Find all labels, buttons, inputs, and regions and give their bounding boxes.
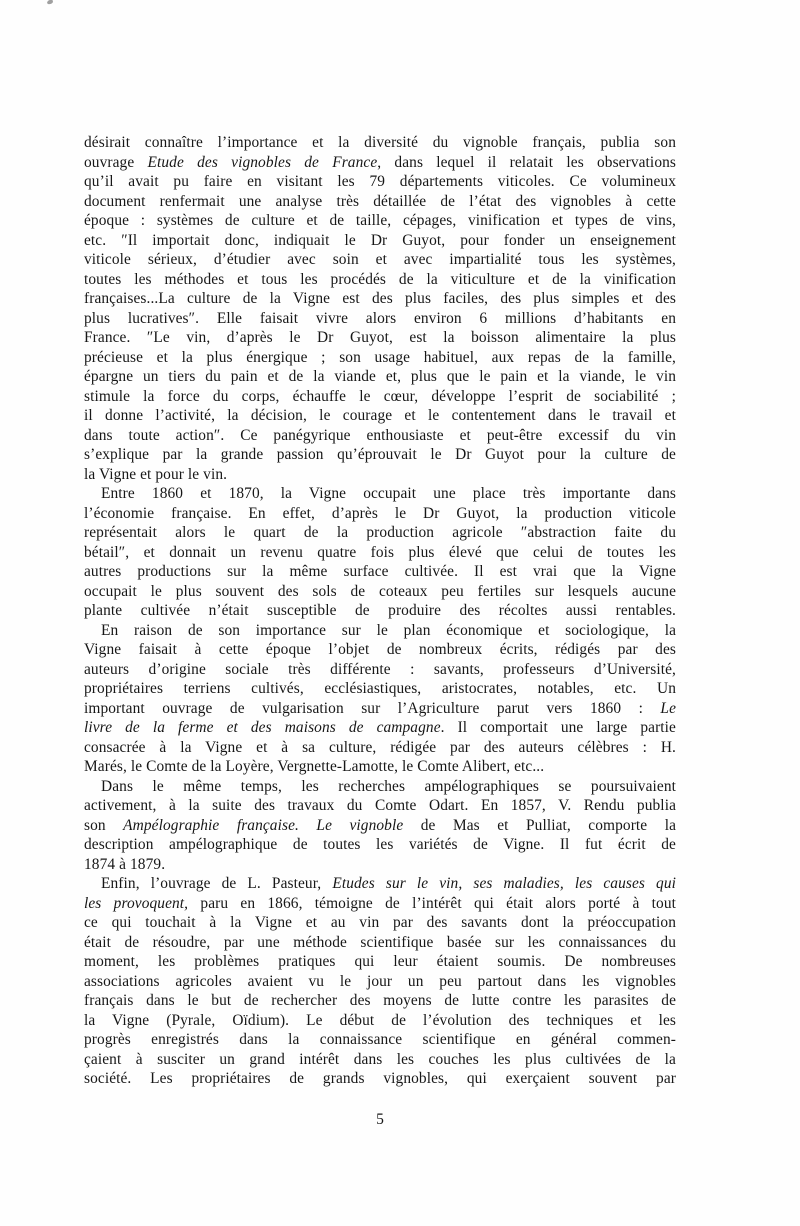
- text-line: associations agricoles avaient vu le jou…: [84, 972, 676, 992]
- text-line: françaises...La culture de la Vigne est …: [84, 289, 676, 309]
- text-segment: ouvrage: [84, 154, 148, 171]
- text-segment: En raison de son importance sur le plan …: [101, 622, 676, 639]
- text-segment: de Mas et Pulliat, comporte la: [403, 817, 676, 834]
- text-segment: il donne l’activité, la décision, le cou…: [84, 407, 676, 424]
- text-line: les provoquent, paru en 1866, témoigne d…: [84, 894, 676, 914]
- text-line: stimule la force du corps, échauffe le c…: [84, 387, 676, 407]
- text-line: l’économie française. En effet, d’après …: [84, 504, 676, 524]
- italic-text-segment: Etude des vignobles de France: [148, 154, 378, 171]
- text-segment: françaises...La culture de la Vigne est …: [84, 290, 676, 307]
- text-line: livre de la ferme et des maisons de camp…: [84, 718, 676, 738]
- text-line: dans toute action″. Ce panégyrique entho…: [84, 426, 676, 446]
- text-line: propriétaires terriens cultivés, ecclési…: [84, 679, 676, 699]
- text-line: important ouvrage de vulgarisation sur l…: [84, 699, 676, 719]
- text-segment: activement, à la suite des travaux du Co…: [84, 797, 676, 814]
- text-segment: son: [84, 817, 123, 834]
- text-segment: 1874 à 1879.: [84, 856, 165, 873]
- text-segment: toutes les méthodes et tous les procédés…: [84, 271, 676, 288]
- text-line: la Vigne et pour le vin.: [84, 465, 676, 485]
- text-segment: dans toute action″. Ce panégyrique entho…: [84, 427, 676, 444]
- text-line: France. ″Le vin, d’après le Dr Guyot, es…: [84, 328, 676, 348]
- text-line: société. Les propriétaires de grands vig…: [84, 1069, 676, 1089]
- text-line: bétail″, et donnait un revenu quatre foi…: [84, 543, 676, 563]
- text-line: çaient à susciter un grand intérêt dans …: [84, 1050, 676, 1070]
- text-line: la Vigne (Pyrale, Oïdium). Le début de l…: [84, 1011, 676, 1031]
- text-segment: autres productions sur la même surface c…: [84, 563, 676, 580]
- text-segment: Enfin, l’ouvrage de L. Pasteur,: [101, 875, 332, 892]
- text-line: document renfermait une analyse très dét…: [84, 192, 676, 212]
- text-segment: plus lucratives″. Elle faisait vivre alo…: [84, 310, 676, 327]
- text-line: plus lucratives″. Elle faisait vivre alo…: [84, 309, 676, 329]
- text-segment: auteurs d’origine sociale très différent…: [84, 661, 676, 678]
- text-segment: la Vigne et pour le vin.: [84, 466, 227, 483]
- text-segment: plante cultivée n’était susceptible de p…: [84, 602, 676, 619]
- text-line: etc. ″Il importait donc, indiquait le Dr…: [84, 231, 676, 251]
- text-segment: occupait le plus souvent des sols de cot…: [84, 583, 676, 600]
- text-line: Entre 1860 et 1870, la Vigne occupait un…: [84, 484, 676, 504]
- text-line: activement, à la suite des travaux du Co…: [84, 796, 676, 816]
- text-line: représentait alors le quart de la produc…: [84, 523, 676, 543]
- text-segment: époque : systèmes de culture et de taill…: [84, 212, 676, 229]
- text-segment: progrès enregistrés dans la connaissance…: [84, 1031, 676, 1048]
- scanned-book-page: désirait connaître l’importance et la di…: [0, 0, 800, 1226]
- text-segment: désirait connaître l’importance et la di…: [84, 134, 676, 151]
- text-line: français dans le but de rechercher des m…: [84, 991, 676, 1011]
- text-line: Enfin, l’ouvrage de L. Pasteur, Etudes s…: [84, 874, 676, 894]
- text-line: s’explique par la grande passion qu’épro…: [84, 445, 676, 465]
- text-line: autres productions sur la même surface c…: [84, 562, 676, 582]
- text-line: Marés, le Comte de la Loyère, Vergnette-…: [84, 757, 676, 777]
- text-segment: s’explique par la grande passion qu’épro…: [84, 446, 676, 463]
- text-line: il donne l’activité, la décision, le cou…: [84, 406, 676, 426]
- text-segment: Entre 1860 et 1870, la Vigne occupait un…: [101, 485, 676, 502]
- text-segment: . Il comportait une large partie: [441, 719, 676, 736]
- text-segment: France. ″Le vin, d’après le Dr Guyot, es…: [84, 329, 676, 346]
- text-line: 1874 à 1879.: [84, 855, 676, 875]
- text-segment: était de résoudre, par une méthode scien…: [84, 934, 676, 951]
- text-segment: propriétaires terriens cultivés, ecclési…: [84, 680, 676, 697]
- text-line: ce qui touchait à la Vigne et au vin par…: [84, 913, 676, 933]
- text-line: ouvrage Etude des vignobles de France, d…: [84, 153, 676, 173]
- text-segment: société. Les propriétaires de grands vig…: [84, 1070, 676, 1087]
- text-line: En raison de son importance sur le plan …: [84, 621, 676, 641]
- text-line: son Ampélographie française. Le vignoble…: [84, 816, 676, 836]
- scan-artifact-mark: [47, 0, 54, 5]
- text-line: description ampélographique de toutes le…: [84, 835, 676, 855]
- text-block: désirait connaître l’importance et la di…: [84, 133, 676, 1089]
- text-line: viticole sérieux, d’étudier avec soin et…: [84, 250, 676, 270]
- text-segment: important ouvrage de vulgarisation sur l…: [84, 700, 660, 717]
- text-line: Vigne faisait à cette époque l’objet de …: [84, 640, 676, 660]
- text-segment: ce qui touchait à la Vigne et au vin par…: [84, 914, 676, 931]
- text-line: toutes les méthodes et tous les procédés…: [84, 270, 676, 290]
- text-segment: , dans lequel il relatait les observatio…: [377, 154, 676, 171]
- text-line: précieuse et la plus énergique ; son usa…: [84, 348, 676, 368]
- text-segment: çaient à susciter un grand intérêt dans …: [84, 1051, 676, 1068]
- text-segment: français dans le but de rechercher des m…: [84, 992, 676, 1009]
- text-segment: paru en 1866, témoigne de l’intérêt qui …: [188, 895, 676, 912]
- page-number: 5: [84, 1110, 676, 1129]
- text-line: auteurs d’origine sociale très différent…: [84, 660, 676, 680]
- text-line: plante cultivée n’était susceptible de p…: [84, 601, 676, 621]
- text-segment: Dans le même temps, les recherches ampél…: [101, 778, 676, 795]
- text-line: épargne un tiers du pain et de la viande…: [84, 367, 676, 387]
- italic-text-segment: Etudes sur le vin, ses maladies, les cau…: [332, 875, 676, 892]
- text-segment: description ampélographique de toutes le…: [84, 836, 676, 853]
- text-line: était de résoudre, par une méthode scien…: [84, 933, 676, 953]
- text-line: désirait connaître l’importance et la di…: [84, 133, 676, 153]
- italic-text-segment: Ampélographie française. Le vignoble: [123, 817, 403, 834]
- italic-text-segment: les provoquent,: [84, 895, 188, 912]
- text-line: moment, les problèmes pratiques qui leur…: [84, 952, 676, 972]
- text-segment: épargne un tiers du pain et de la viande…: [84, 368, 676, 385]
- text-segment: représentait alors le quart de la produc…: [84, 524, 676, 541]
- text-line: qu’il avait pu faire en visitant les 79 …: [84, 172, 676, 192]
- text-segment: stimule la force du corps, échauffe le c…: [84, 388, 676, 405]
- text-segment: etc. ″Il importait donc, indiquait le Dr…: [84, 232, 676, 249]
- text-segment: viticole sérieux, d’étudier avec soin et…: [84, 251, 676, 268]
- text-segment: associations agricoles avaient vu le jou…: [84, 973, 676, 990]
- text-segment: Vigne faisait à cette époque l’objet de …: [84, 641, 676, 658]
- text-segment: Marés, le Comte de la Loyère, Vergnette-…: [84, 758, 544, 775]
- text-line: époque : systèmes de culture et de taill…: [84, 211, 676, 231]
- text-segment: consacrée à la Vigne et à sa culture, ré…: [84, 739, 676, 756]
- text-segment: qu’il avait pu faire en visitant les 79 …: [84, 173, 676, 190]
- text-line: Dans le même temps, les recherches ampél…: [84, 777, 676, 797]
- text-segment: précieuse et la plus énergique ; son usa…: [84, 349, 676, 366]
- italic-text-segment: Le: [660, 700, 676, 717]
- text-segment: moment, les problèmes pratiques qui leur…: [84, 953, 676, 970]
- text-segment: l’économie française. En effet, d’après …: [84, 505, 676, 522]
- text-line: consacrée à la Vigne et à sa culture, ré…: [84, 738, 676, 758]
- text-line: progrès enregistrés dans la connaissance…: [84, 1030, 676, 1050]
- text-segment: document renfermait une analyse très dét…: [84, 193, 676, 210]
- italic-text-segment: livre de la ferme et des maisons de camp…: [84, 719, 441, 736]
- text-line: occupait le plus souvent des sols de cot…: [84, 582, 676, 602]
- text-segment: la Vigne (Pyrale, Oïdium). Le début de l…: [84, 1012, 676, 1029]
- text-segment: bétail″, et donnait un revenu quatre foi…: [84, 544, 676, 561]
